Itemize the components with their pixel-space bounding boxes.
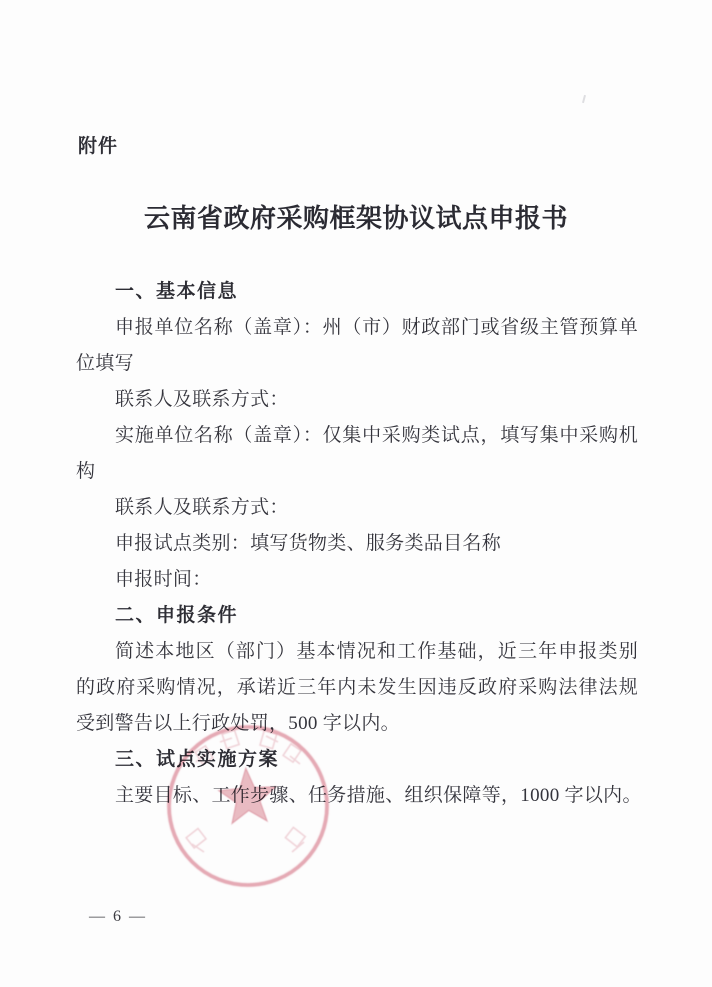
section-heading: 二、申报条件 — [76, 598, 638, 634]
document-title: 云南省政府采购框架协议试点申报书 — [0, 198, 712, 235]
attachment-label: 附件 — [78, 131, 118, 158]
scan-artifact — [582, 95, 586, 103]
body-line: 实施单位名称（盖章）：仅集中采购类试点，填写集中采购机 — [76, 418, 638, 454]
scanned-document-page: 附件 云南省政府采购框架协议试点申报书 一、基本信息申报单位名称（盖章）：州（市… — [0, 0, 712, 987]
section-heading: 三、试点实施方案 — [76, 742, 638, 778]
body-line: 主要目标、工作步骤、任务措施、组织保障等，1000 字以内。 — [76, 778, 638, 814]
body-line: 的政府采购情况，承诺近三年内未发生因违反政府采购法律法规 — [76, 670, 638, 706]
body-line: 受到警告以上行政处罚，500 字以内。 — [76, 706, 638, 742]
page-number: — 6 — — [76, 908, 160, 926]
document-body: 一、基本信息申报单位名称（盖章）：州（市）财政部门或省级主管预算单位填写联系人及… — [76, 274, 638, 814]
body-line: 申报单位名称（盖章）：州（市）财政部门或省级主管预算单 — [76, 310, 638, 346]
body-line: 联系人及联系方式： — [76, 382, 638, 418]
body-line: 申报试点类别：填写货物类、服务类品目名称 — [76, 526, 638, 562]
body-line: 位填写 — [76, 346, 638, 382]
section-heading: 一、基本信息 — [76, 274, 638, 310]
body-line: 申报时间： — [76, 562, 638, 598]
body-line: 联系人及联系方式： — [76, 490, 638, 526]
body-line: 简述本地区（部门）基本情况和工作基础，近三年申报类别 — [76, 634, 638, 670]
body-line: 构 — [76, 454, 638, 490]
